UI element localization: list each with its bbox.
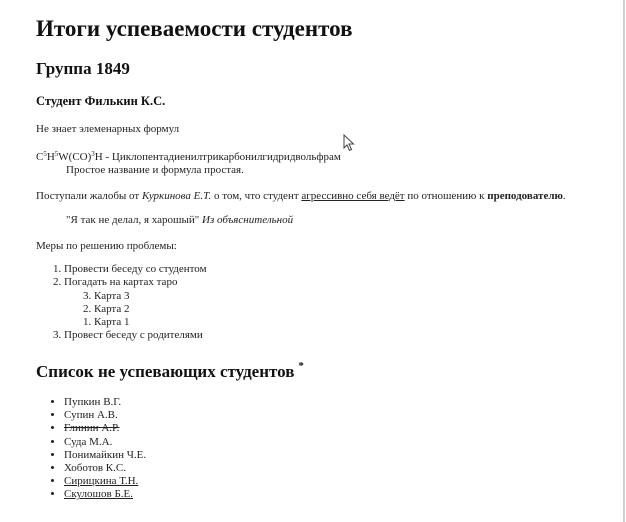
cards-list: Карта 3 Карта 2 Карта 1 [64, 290, 207, 330]
student-name: Супин А.В. [64, 409, 118, 421]
student-name: Глинин А.Р. [64, 422, 120, 434]
complaint-author: Куркинова Е.Т. [142, 190, 211, 202]
student-list-item: Суда М.А. [64, 436, 146, 449]
formulas-note: Не знает элеменарных формул [36, 123, 179, 136]
window-border [623, 0, 625, 522]
card-item: Карта 2 [94, 303, 207, 316]
formula-line: C5H5W(CO)3H - Циклопентадиенилтрикарбони… [36, 151, 341, 164]
student-name: Пупкин В.Г. [64, 396, 121, 408]
student-heading: Студент Филькин К.С. [36, 94, 165, 109]
student-list-item[interactable]: Скулошов Б.Е. [64, 488, 146, 501]
quote-source: Из объяснительной [202, 214, 293, 226]
complaint-paragraph: Поступали жалобы от Куркинова Е.Т. о том… [36, 190, 566, 203]
student-list-item: Хоботов К.С. [64, 462, 146, 475]
mouse-cursor-icon [343, 134, 357, 152]
measures-label: Меры по решению проблемы: [36, 240, 177, 253]
card-item: Карта 3 [94, 290, 207, 303]
student-link[interactable]: Скулошов Б.Е. [64, 488, 133, 500]
formula-part: C5 [36, 151, 47, 163]
formula-part: H5 [47, 151, 58, 163]
complaint-bold: преподователю [487, 190, 563, 202]
formula-part: W(CO)3 [58, 151, 95, 163]
student-name: Понимайкин Ч.Е. [64, 449, 146, 461]
card-item: Карта 1 [94, 316, 207, 329]
quote-block: "Я так не делал, я харошый" Из объясните… [66, 214, 293, 227]
footnote-mark: * [298, 360, 304, 372]
student-link[interactable]: Сирицкина Т.Н. [64, 475, 138, 487]
student-name: Суда М.А. [64, 436, 112, 448]
student-list-item: Пупкин В.Г. [64, 396, 146, 409]
complaint-underlined: агрессивно себя ведёт [301, 190, 404, 202]
student-list-item: Глинин А.Р. [64, 422, 146, 435]
formula-part: H [95, 151, 103, 163]
measure-item: Провест беседу с родителями [64, 329, 207, 342]
student-list-item: Супин А.В. [64, 409, 146, 422]
student-list-item: Понимайкин Ч.Е. [64, 449, 146, 462]
student-name: Хоботов К.С. [64, 462, 126, 474]
failing-list-title: Список не успевающих студентов* [36, 362, 304, 382]
student-list-item[interactable]: Сирицкина Т.Н. [64, 475, 146, 488]
formula-name: - Циклопентадиенилтрикарбонилгидридвольф… [103, 151, 341, 163]
measure-item: Погадать на картах таро Карта 3 Карта 2 … [64, 276, 207, 329]
students-list: Пупкин В.Г.Супин А.В.Глинин А.Р.Суда М.А… [36, 396, 146, 502]
group-heading: Группа 1849 [36, 59, 130, 79]
quote-text: "Я так не делал, я харошый" [66, 214, 202, 226]
formula-description: Простое название и формула простая. [66, 164, 244, 177]
measures-list: Провести беседу со студентом Погадать на… [36, 263, 207, 343]
measure-item: Провести беседу со студентом [64, 263, 207, 276]
page-title: Итоги успеваемости студентов [36, 16, 353, 42]
